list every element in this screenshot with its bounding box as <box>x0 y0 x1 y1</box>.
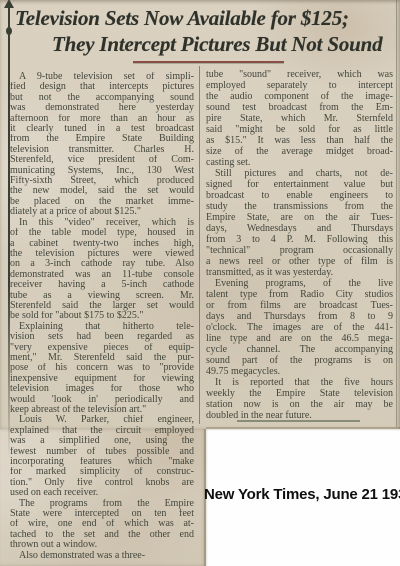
article-line: casting set. <box>206 157 393 168</box>
headline-line-2: They Intercept Pictures But Not Sound <box>52 32 382 57</box>
article-line: fied design that intercepts pictures <box>10 82 194 92</box>
article-line: from 3 to 4 P. M. Following this <box>206 234 393 245</box>
article-line: tube "sound" receiver, which was <box>206 69 393 80</box>
article-column-left: A 9-tube television set of simpli-fied d… <box>10 72 194 561</box>
margin-arrowhead-icon <box>4 0 14 8</box>
article-line: Sterenfeld, vice president of Com- <box>10 155 194 165</box>
article-line: or from films are broadcast Tues- <box>206 300 393 311</box>
article-line: Explaining that hitherto tele- <box>10 322 194 332</box>
article-line: of wire, one end of which was at- <box>10 519 194 529</box>
article-paragraph: It is reported that the five hoursweekly… <box>206 377 393 421</box>
article-line: vision sets had been regarded as <box>10 332 194 342</box>
article-line: as $15." It was less than half the <box>206 135 393 146</box>
article-line: incorporating features which "make <box>10 457 194 467</box>
article-line: pose of his concern was to "provide <box>10 363 194 373</box>
article-line: tached to the set and the other end <box>10 530 194 540</box>
article-line: of the table model type, housed in <box>10 228 194 238</box>
article-line: ment," Mr. Sterenfeld said the pur- <box>10 353 194 363</box>
article-line: Evening programs, of the live <box>206 278 393 289</box>
article-line: cycle channel. The accompanying <box>206 344 393 355</box>
article-line: broadcast to enable engineers to <box>206 190 393 201</box>
article-line: transmitted, as it was yesterday. <box>206 267 393 278</box>
article-column-right: tube "sound" receiver, which wasemployed… <box>206 69 393 421</box>
article-paragraph: In this "video" receiver, which isof the… <box>10 218 194 322</box>
article-line: sound part of the programs is on <box>206 355 393 366</box>
article-line: 49.75 megacycles. <box>206 366 393 377</box>
article-line: it clearly tuned in a test broadcast <box>10 124 194 134</box>
right-edge-rule <box>396 0 397 427</box>
article-line: but not the accompanying sound <box>10 93 194 103</box>
margin-arrow-dot <box>6 27 12 35</box>
article-line: "very expensive pieces of equip- <box>10 343 194 353</box>
article-line: inexpensive equipment for viewing <box>10 374 194 384</box>
article-line: tube as a viewing screen. Mr. <box>10 291 194 301</box>
article-line: for marked simplicity of construc- <box>10 467 194 477</box>
article-line: afternoon for more than an hour as <box>10 114 194 124</box>
article-line: The programs from the Empire <box>10 499 194 509</box>
article-paragraph: Also demonstrated was a three- <box>10 551 194 561</box>
article-line: the new model, said the set would <box>10 186 194 196</box>
article-line: keep abreast of the television art." <box>10 405 194 415</box>
article-line: municating Systems, Inc., 130 West <box>10 166 194 176</box>
article-line: said "might be sold for as little <box>206 124 393 135</box>
article-line: explained that the circuit employed <box>10 426 194 436</box>
article-line: days, Wednesdays and Thursdays <box>206 223 393 234</box>
article-line: State were intercepted on ten feet <box>10 509 194 519</box>
article-line: a cabinet twenty-two inches high, <box>10 239 194 249</box>
newspaper-clipping-scan: Television Sets Now Available for $125; … <box>0 0 400 566</box>
article-paragraph: Louis W. Parker, chief engineer,explaine… <box>10 415 194 498</box>
article-line: Still pictures and charts, not de- <box>206 168 393 179</box>
article-line: fewest number of tubes possible and <box>10 447 194 457</box>
article-line: be placed on the market imme- <box>10 197 194 207</box>
article-line: Empire State, are on the air Tues- <box>206 212 393 223</box>
article-line: signed for entertainment value but <box>206 179 393 190</box>
article-line: It is reported that the five hours <box>206 377 393 388</box>
article-paragraph: Explaining that hitherto tele-vision set… <box>10 322 194 416</box>
article-line: o'clock. The images are of the 441- <box>206 322 393 333</box>
article-line: on a 3-inch cathode ray tube. Also <box>10 259 194 269</box>
article-end-rule <box>237 420 360 422</box>
article-line: a news reel or other type of film is <box>206 256 393 267</box>
article-line: talent type from Radio City studios <box>206 289 393 300</box>
article-paragraph: A 9-tube television set of simpli-fied d… <box>10 72 194 218</box>
article-line: Also demonstrated was a three- <box>10 551 194 561</box>
article-line: tion." Only five control knobs are <box>10 478 194 488</box>
article-paragraph: Still pictures and charts, not de-signed… <box>206 168 393 278</box>
article-line: used on each receiver. <box>10 488 194 498</box>
article-line: employed separately to intercept <box>206 80 393 91</box>
article-line: diately at a price of about $125." <box>10 207 194 217</box>
article-line: line type and are on the 46.5 mega- <box>206 333 393 344</box>
article-line: was demonstrated here yesterday <box>10 103 194 113</box>
article-line: receiver having a 5-inch cathode <box>10 280 194 290</box>
article-line: Sterenfeld said the larger set would <box>10 301 194 311</box>
headline-line-1: Television Sets Now Available for $125; <box>15 6 349 31</box>
headline-underline <box>133 61 284 63</box>
article-line: size of the average midget broad- <box>206 146 393 157</box>
article-line: pire State, which Mr. Sternfeld <box>206 113 393 124</box>
article-line: station now is on the air may be <box>206 399 393 410</box>
column-divider-rule <box>199 66 200 424</box>
article-line: weekly the Empire State television <box>206 388 393 399</box>
article-line: the audio component of the image- <box>206 91 393 102</box>
article-paragraph: Evening programs, of the livetalent type… <box>206 278 393 377</box>
article-line: was a simplified one, using the <box>10 436 194 446</box>
article-line: In this "video" receiver, which is <box>10 218 194 228</box>
article-line: television transmitter. Charles H. <box>10 145 194 155</box>
article-line: study the transmissions from the <box>206 201 393 212</box>
article-line: sound test broadcast from the Em- <box>206 102 393 113</box>
article-paragraph: The programs from the EmpireState were i… <box>10 499 194 551</box>
caption-text: New York Times, June 21 1938 <box>204 486 400 503</box>
article-line: Fifty-sixth Street, which produced <box>10 176 194 186</box>
clipping-cut-edge-horizontal <box>206 427 400 431</box>
article-line: the television pictures were viewed <box>10 249 194 259</box>
article-line: from the Empire State Building <box>10 134 194 144</box>
article-line: thrown out a window. <box>10 540 194 550</box>
article-line: days and Thursdays from 8 to 9 <box>206 311 393 322</box>
article-line: Louis W. Parker, chief engineer, <box>10 415 194 425</box>
article-line: would 'look in' periodically and <box>10 395 194 405</box>
article-line: be sold for "about $175 to $225." <box>10 311 194 321</box>
article-line: demonstrated was an 11-tube console <box>10 270 194 280</box>
article-line: A 9-tube television set of simpli- <box>10 72 194 82</box>
article-paragraph: tube "sound" receiver, which wasemployed… <box>206 69 393 168</box>
article-line: television images for those who <box>10 384 194 394</box>
article-line: "technical" program occasionally <box>206 245 393 256</box>
